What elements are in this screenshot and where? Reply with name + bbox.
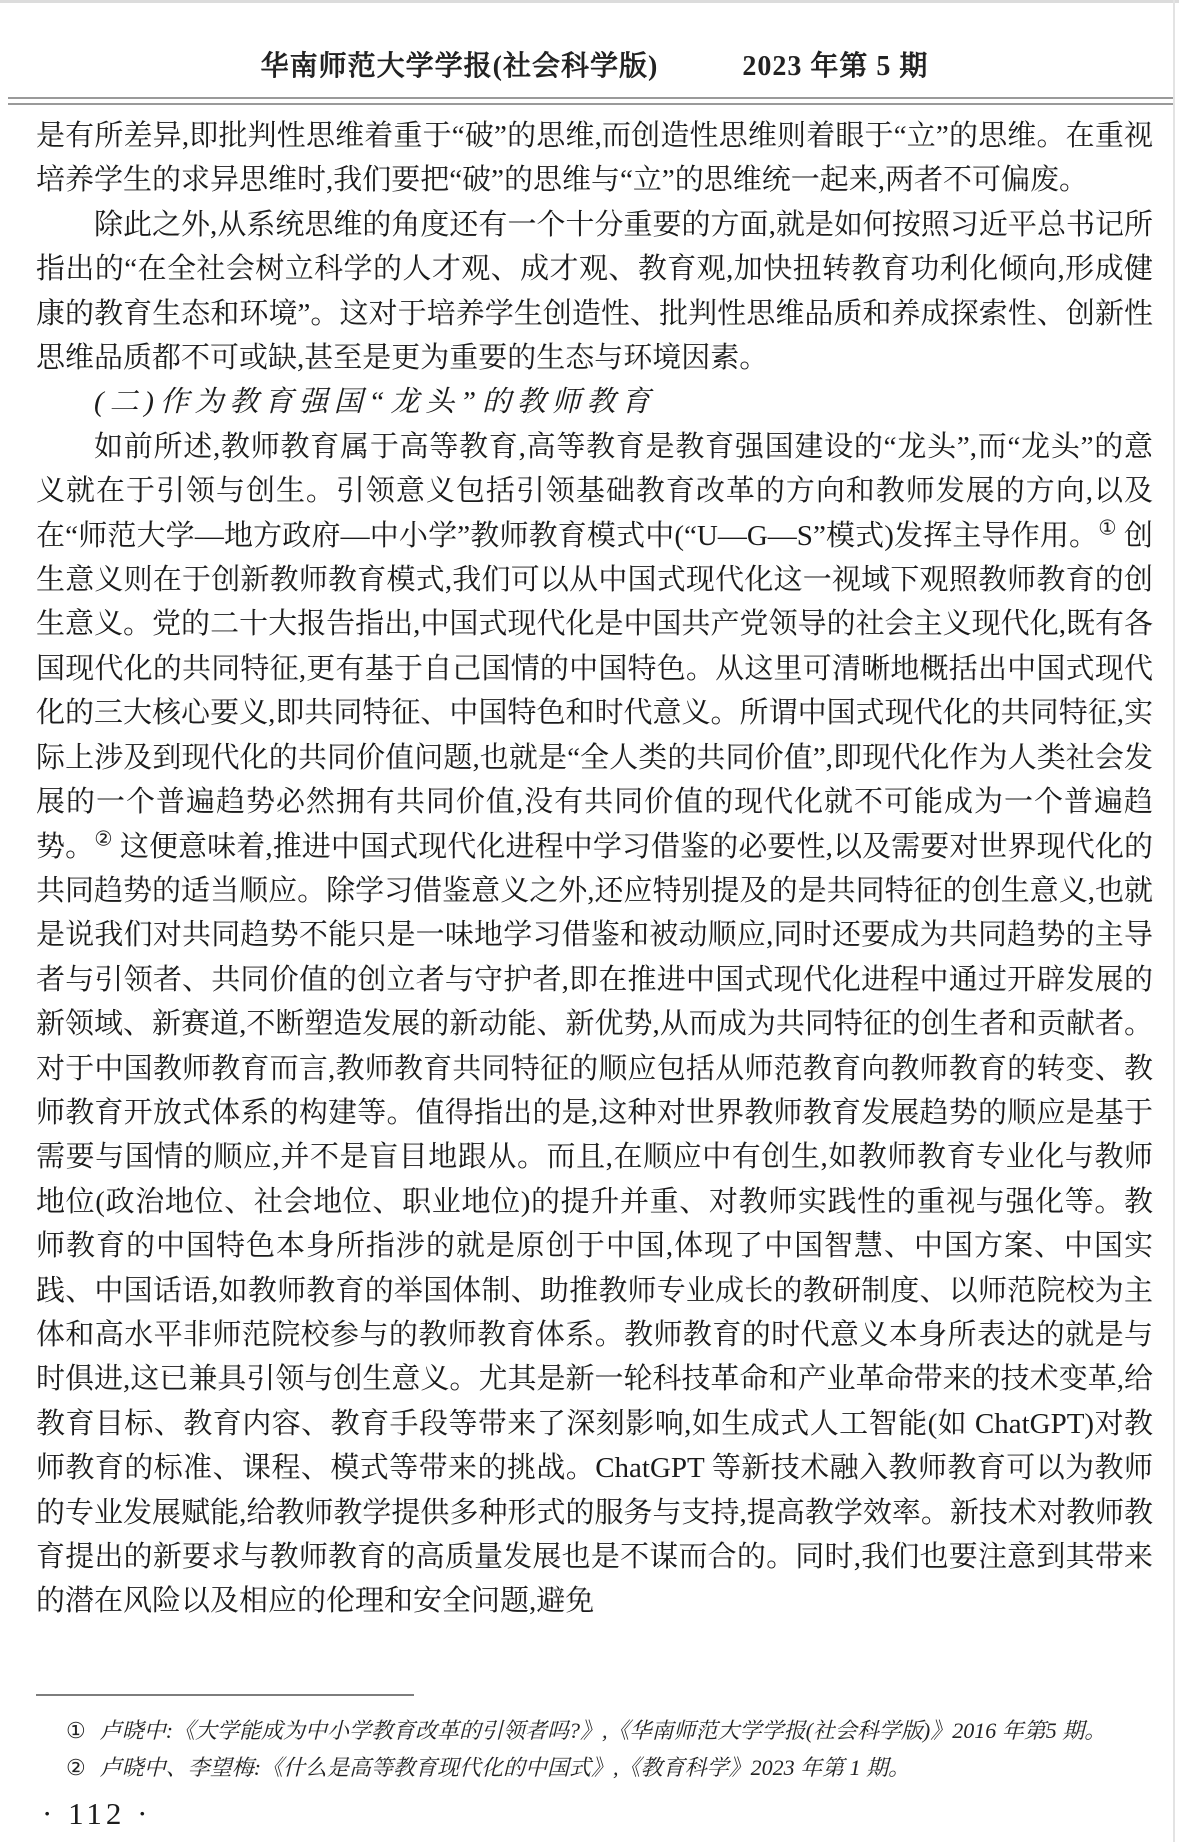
paragraph-text: 创生意义则在于创新教师教育模式,我们可以从中国式现代化这一视域下观照教师教育的创…: [36, 520, 1153, 863]
footnote-list: ①卢晓中:《大学能成为中小学教育改革的引领者吗?》,《华南师范大学学报(社会科学…: [36, 1712, 1153, 1786]
scan-edge-top: [0, 0, 1179, 3]
paragraph-continuation: 是有所差异,即批判性思维着重于“破”的思维,而创造性思维则着眼于“立”的思维。在…: [36, 114, 1153, 203]
footnote-item: ①卢晓中:《大学能成为中小学教育改革的引领者吗?》,《华南师范大学学报(社会科学…: [36, 1712, 1153, 1749]
issue-info: 2023 年第 5 期: [742, 44, 928, 84]
article-body: 是有所差异,即批判性思维着重于“破”的思维,而创造性思维则着眼于“立”的思维。在…: [36, 114, 1153, 1624]
footnote-text: 卢晓中:《大学能成为中小学教育改革的引领者吗?》,《华南师范大学学报(社会科学版…: [100, 1718, 1106, 1743]
footnote-marker: ①: [66, 1718, 86, 1743]
journal-title: 华南师范大学学报(社会科学版): [261, 44, 659, 84]
footnote-marker: ②: [66, 1755, 86, 1780]
paragraph-teacher-education: 如前所述,教师教育属于高等教育,高等教育是教育强国建设的“龙头”,而“龙头”的意…: [36, 425, 1153, 1624]
scan-edge-right: [1173, 0, 1175, 1842]
paragraph-text: 如前所述,教师教育属于高等教育,高等教育是教育强国建设的“龙头”,而“龙头”的意…: [36, 431, 1153, 552]
journal-page: 华南师范大学学报(社会科学版) 2023 年第 5 期 是有所差异,即批判性思维…: [0, 0, 1179, 1842]
footnote-text: 卢晓中、李望梅:《什么是高等教育现代化的中国式》,《教育科学》2023 年第 1…: [100, 1755, 910, 1780]
footnote-ref: ①: [1098, 517, 1116, 539]
page-number: · 112 ·: [42, 1796, 1153, 1832]
paragraph-system-thinking: 除此之外,从系统思维的角度还有一个十分重要的方面,就是如何按照习近平总书记所指出…: [36, 203, 1153, 381]
footnote-area: ①卢晓中:《大学能成为中小学教育改革的引领者吗?》,《华南师范大学学报(社会科学…: [36, 1694, 1153, 1832]
header-rule: [8, 97, 1173, 105]
running-head: 华南师范大学学报(社会科学版) 2023 年第 5 期: [36, 44, 1153, 84]
footnote-ref: ②: [94, 828, 112, 850]
paragraph-text: 这便意味着,推进中国式现代化进程中学习借鉴的必要性,以及需要对世界现代化的共同趋…: [36, 831, 1153, 1618]
footnote-item: ②卢晓中、李望梅:《什么是高等教育现代化的中国式》,《教育科学》2023 年第 …: [36, 1749, 1153, 1786]
footnote-separator: [36, 1694, 414, 1696]
section-heading: (二)作为教育强国“龙头”的教师教育: [36, 380, 1153, 424]
page-header: 华南师范大学学报(社会科学版) 2023 年第 5 期: [36, 0, 1153, 105]
